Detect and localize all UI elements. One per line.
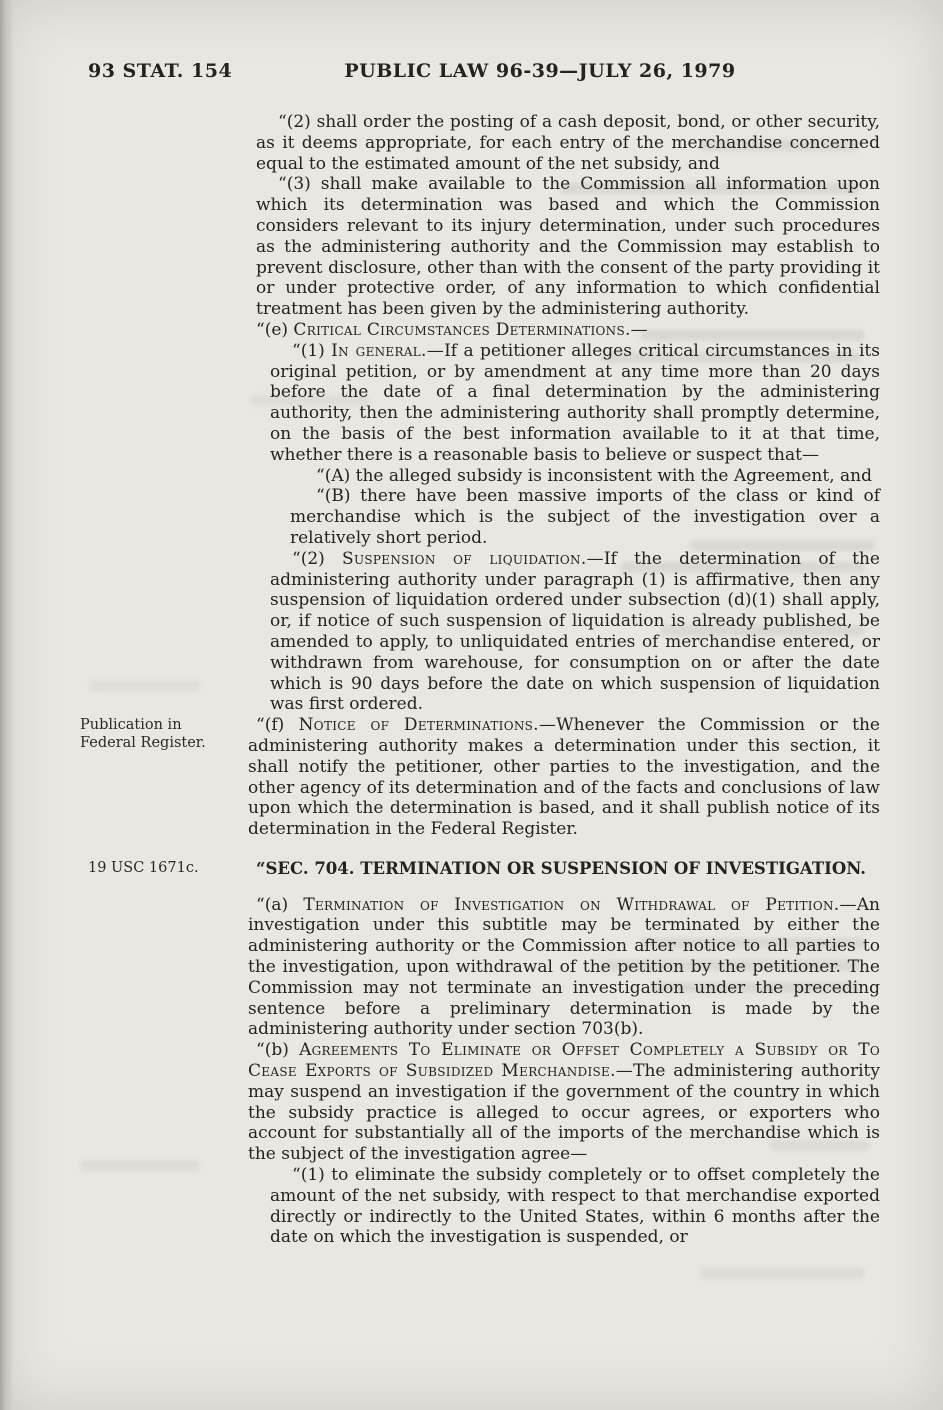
scanned-statute-page: 93 STAT. 154 PUBLIC LAW 96-39—JULY 26, 1… [0,0,943,1410]
statute-text-column: “(2) shall order the posting of a cash d… [256,112,880,1248]
paragraph-label: “(2) [278,112,317,132]
paragraph-e1: “(1) In general.—If a petitioner alleges… [256,341,880,466]
paragraph-label: “(1) [292,341,331,361]
subparagraph-A: “(A) the alleged subsidy is inconsistent… [256,466,880,487]
margin-note-publication: Publication in Federal Register. [80,717,220,752]
paragraph-e2: “(2) Suspension of liquidation.—If the d… [256,549,880,715]
statute-page-number: 93 STAT. 154 [88,60,232,82]
bleed-through-artifact [80,1160,200,1171]
subsection-e-heading: “(e) Critical Circumstances Determinatio… [248,320,880,341]
paragraph-label: “(f) [256,715,299,735]
subsection-f: Publication in Federal Register.“(f) Not… [248,715,880,840]
margin-note-usc-citation: 19 USC 1671c. [88,860,228,878]
paragraph-text: shall make available to the Commission a… [256,174,880,319]
paragraph-label: “(e) [256,320,293,340]
paragraph-text: An investigation under this subtitle may… [248,895,880,1040]
paragraph-label: “(B) [316,486,360,506]
page-gutter-shadow [0,0,14,1410]
small-caps-lead: Critical Circumstances Determinations.— [293,320,648,340]
paragraph-b1: “(1) to eliminate the subsidy completely… [256,1165,880,1248]
paragraph-d2: “(2) shall order the posting of a cash d… [256,112,880,174]
paragraph-label: “(b) [256,1040,299,1060]
paragraph-text: shall order the posting of a cash deposi… [256,112,880,174]
paragraph-label: “(A) [316,466,356,486]
paragraph-label: “(3) [278,174,321,194]
subsection-a: “(a) Termination of Investigation on Wit… [248,895,880,1041]
section-704-heading: 19 USC 1671c.“SEC. 704. TERMINATION OR S… [256,859,880,880]
small-caps-lead: Suspension of liquidation.— [342,549,604,569]
paragraph-d3: “(3) shall make available to the Commiss… [256,174,880,320]
paragraph-text: to eliminate the subsidy completely or t… [270,1165,880,1247]
subsection-b: “(b) Agreements To Eliminate or Offset C… [248,1040,880,1165]
subparagraph-B: “(B) there have been massive imports of … [256,486,880,548]
section-heading-text: “SEC. 704. TERMINATION OR SUSPENSION OF … [256,859,866,878]
paragraph-label: “(2) [292,549,342,569]
public-law-running-title: PUBLIC LAW 96-39—JULY 26, 1979 [344,60,735,82]
paragraph-label: “(a) [256,895,303,915]
paragraph-text: If the determination of the administerin… [270,549,880,715]
bleed-through-artifact [700,1268,865,1279]
small-caps-lead: Termination of Investigation on Withdraw… [303,895,856,915]
small-caps-lead: In general.— [331,341,444,361]
small-caps-lead: Notice of Determinations.— [299,715,557,735]
paragraph-label: “(1) [292,1165,331,1185]
bleed-through-artifact [90,680,200,691]
paragraph-text: the alleged subsidy is inconsistent with… [356,466,872,486]
paragraph-text: there have been massive imports of the c… [290,486,880,548]
